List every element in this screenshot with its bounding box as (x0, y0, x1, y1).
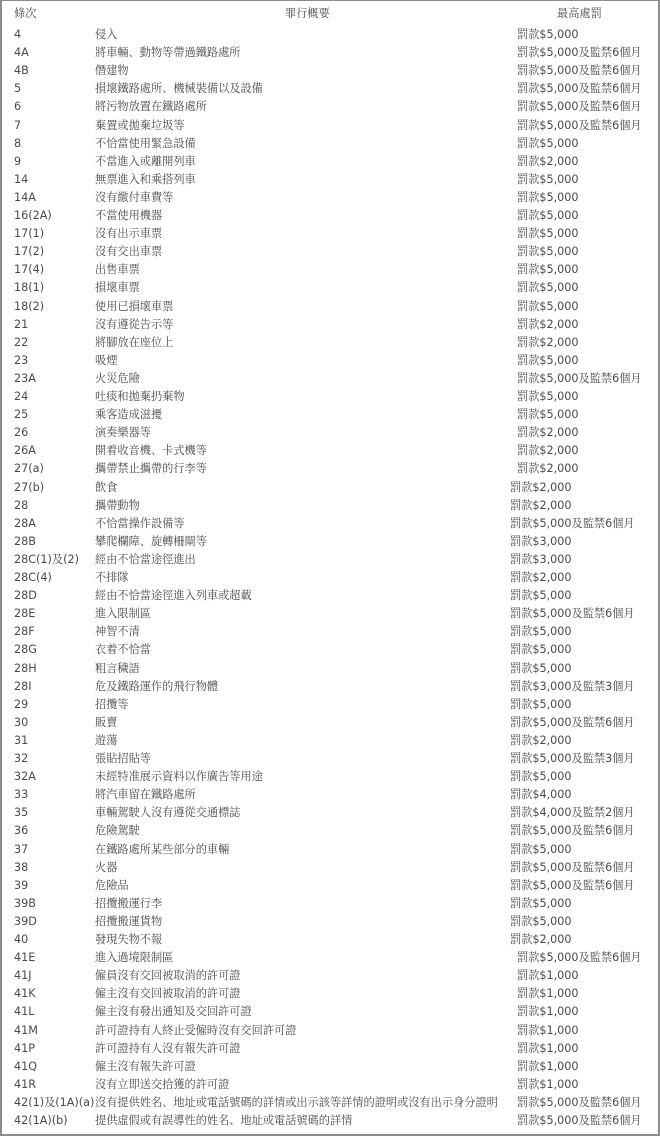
offence-cell: 危險品 (95, 877, 129, 895)
table-row: 36危險駕駛罰款$5,000及監禁6個月 (2, 822, 658, 840)
penalty-cell: 罰款$1,000 (517, 1076, 579, 1094)
table-header: 條次 罪行概要 最高處罰 (2, 5, 658, 23)
penalty-cell: 罰款$1,000 (517, 1058, 579, 1076)
table-row: 32A未經特准展示資料以作廣告等用途罰款$5,000 (2, 768, 658, 786)
penalty-cell: 罰款$2,000 (517, 316, 579, 334)
offence-cell: 在鐵路處所某些部分的車輛 (95, 841, 229, 859)
penalty-cell: 罰款$5,000 (517, 261, 579, 279)
table-row: 28C(4)不排隊罰款$2,000 (2, 569, 658, 587)
table-row: 40發現失物不報罰款$2,000 (2, 931, 658, 949)
penalty-cell: 罰款$5,000 (517, 225, 579, 243)
section-cell: 4B (14, 62, 29, 80)
table-row: 26A開着收音機、卡式機等罰款$2,000 (2, 442, 658, 460)
section-cell: 40 (14, 931, 28, 949)
section-cell: 17(1) (14, 225, 44, 243)
table-row: 28G衣着不恰當罰款$5,000 (2, 641, 658, 659)
offence-cell: 不當使用機器 (95, 207, 162, 225)
offence-cell: 攀爬欄障、旋轉柵閘等 (95, 533, 207, 551)
section-cell: 28G (14, 641, 37, 659)
offence-cell: 沒有提供姓名、地址或電話號碼的詳情或出示該等詳情的證明或沒有出示身分證明 (95, 1094, 498, 1112)
section-cell: 28 (14, 497, 28, 515)
section-cell: 18(1) (14, 279, 44, 297)
offence-cell: 出售車票 (95, 261, 140, 279)
offence-cell: 沒有繳付車費等 (95, 189, 173, 207)
offence-cell: 損壞車票 (95, 279, 140, 297)
table-row: 21沒有遵從告示等罰款$2,000 (2, 316, 658, 334)
table-row: 42(1)及(1A)(a)沒有提供姓名、地址或電話號碼的詳情或出示該等詳情的證明… (2, 1094, 658, 1112)
penalty-cell: 罰款$5,000 (517, 406, 579, 424)
table-row: 38火器罰款$5,000及監禁6個月 (2, 859, 658, 877)
offence-cell: 粗言穢語 (95, 660, 140, 678)
penalty-cell: 罰款$5,000 (510, 913, 572, 931)
section-cell: 9 (14, 153, 21, 171)
section-cell: 41E (14, 949, 35, 967)
table-row: 8不恰當使用緊急設備罰款$5,000 (2, 135, 658, 153)
table-row: 22將腳放在座位上罰款$2,000 (2, 334, 658, 352)
penalty-cell: 罰款$5,000 (517, 189, 579, 207)
section-cell: 27(a) (14, 460, 44, 478)
section-cell: 25 (14, 406, 28, 424)
penalty-cell: 罰款$1,000 (517, 1040, 579, 1058)
offence-cell: 乘客造成滋擾 (95, 406, 162, 424)
table-row: 28C(1)及(2)經由不恰當途徑進出罰款$3,000 (2, 551, 658, 569)
table-row: 4B僭建物罰款$5,000及監禁6個月 (2, 62, 658, 80)
penalty-cell: 罰款$5,000及監禁6個月 (510, 822, 635, 840)
penalty-cell: 罰款$5,000 (517, 135, 579, 153)
penalty-cell: 罰款$3,000 (510, 551, 572, 569)
section-cell: 30 (14, 714, 28, 732)
table-row: 18(2)使用已損壞車票罰款$5,000 (2, 298, 658, 316)
offence-cell: 火災危險 (95, 370, 140, 388)
penalty-cell: 罰款$5,000 (517, 388, 579, 406)
section-cell: 17(4) (14, 261, 44, 279)
table-row: 33將汽車留在鐵路處所罰款$4,000 (2, 786, 658, 804)
header-offence: 罪行概要 (285, 5, 330, 23)
section-cell: 23 (14, 352, 28, 370)
table-row: 41J僱員沒有交回被取消的許可證罰款$1,000 (2, 967, 658, 985)
penalty-cell: 罰款$5,000及監禁6個月 (517, 1094, 642, 1112)
offence-cell: 火器 (95, 859, 117, 877)
penalty-cell: 罰款$3,000 (510, 533, 572, 551)
penalty-cell: 罰款$5,000及監禁6個月 (517, 62, 642, 80)
section-cell: 32 (14, 750, 28, 768)
penalty-cell: 罰款$2,000 (517, 424, 579, 442)
penalty-cell: 罰款$5,000 (517, 171, 579, 189)
header-section: 條次 (14, 5, 36, 23)
offence-cell: 攜帶禁止攜帶的行李等 (95, 460, 207, 478)
section-cell: 17(2) (14, 243, 44, 261)
offence-cell: 經由不恰當途徑進出 (95, 551, 196, 569)
penalty-cell: 罰款$2,000 (510, 931, 572, 949)
section-cell: 18(2) (14, 298, 44, 316)
offence-cell: 招攬等 (95, 696, 129, 714)
section-cell: 28H (14, 660, 37, 678)
offence-cell: 沒有交出車票 (95, 243, 162, 261)
penalty-cell: 罰款$5,000 (517, 26, 579, 44)
table-row: 32張貼招貼等罰款$5,000及監禁3個月 (2, 750, 658, 768)
offence-cell: 經由不恰當途徑進入列車或超載 (95, 587, 252, 605)
table-row: 28H粗言穢語罰款$5,000 (2, 660, 658, 678)
section-cell: 41Q (14, 1058, 37, 1076)
penalty-cell: 罰款$5,000 (510, 623, 572, 641)
table-row: 17(4)出售車票罰款$5,000 (2, 261, 658, 279)
table-row: 17(1)沒有出示車票罰款$5,000 (2, 225, 658, 243)
penalty-cell: 罰款$5,000及監禁6個月 (517, 370, 642, 388)
penalty-cell: 罰款$2,000 (510, 732, 572, 750)
section-cell: 29 (14, 696, 28, 714)
penalty-cell: 罰款$4,000 (510, 786, 572, 804)
section-cell: 4A (14, 44, 29, 62)
table-row: 41R沒有立即送交拾獲的許可證罰款$1,000 (2, 1076, 658, 1094)
offence-cell: 發現失物不報 (95, 931, 162, 949)
section-cell: 38 (14, 859, 28, 877)
offence-cell: 沒有立即送交拾獲的許可證 (95, 1076, 229, 1094)
table-row: 28B攀爬欄障、旋轉柵閘等罰款$3,000 (2, 533, 658, 551)
section-cell: 28F (14, 623, 35, 641)
penalty-cell: 罰款$5,000及監禁6個月 (510, 877, 635, 895)
penalty-cell: 罰款$5,000 (510, 895, 572, 913)
penalty-cell: 罰款$2,000 (517, 153, 579, 171)
section-cell: 39 (14, 877, 28, 895)
offence-cell: 張貼招貼等 (95, 750, 151, 768)
table-row: 29招攬等罰款$5,000 (2, 696, 658, 714)
section-cell: 26A (14, 442, 36, 460)
offence-cell: 不恰當操作設備等 (95, 515, 185, 533)
offence-cell: 車輛駕駛人沒有遵從交通標誌 (95, 804, 240, 822)
table-row: 23吸煙罰款$5,000 (2, 352, 658, 370)
section-cell: 4 (14, 26, 21, 44)
offence-table: 條次 罪行概要 最高處罰 4侵入罰款$5,0004A將車輛、動物等帶過鐵路處所罰… (0, 0, 660, 1136)
table-row: 27(b)飲食罰款$2,000 (2, 479, 658, 497)
offence-cell: 招攬搬運貨物 (95, 913, 162, 931)
section-cell: 35 (14, 804, 28, 822)
penalty-cell: 罰款$5,000及監禁6個月 (517, 44, 642, 62)
table-row: 28攜帶動物罰款$2,000 (2, 497, 658, 515)
offence-cell: 未經特准展示資料以作廣告等用途 (95, 768, 263, 786)
offence-cell: 許可證持有人沒有報失許可證 (95, 1040, 240, 1058)
penalty-cell: 罰款$1,000 (517, 985, 579, 1003)
table-row: 31遊蕩罰款$2,000 (2, 732, 658, 750)
table-row: 27(a)攜帶禁止攜帶的行李等罰款$2,000 (2, 460, 658, 478)
table-row: 16(2A)不當使用機器罰款$5,000 (2, 207, 658, 225)
section-cell: 42(1)及(1A)(a) (14, 1094, 94, 1112)
table-row: 41E進入過境限制區罰款$5,000及監禁6個月 (2, 949, 658, 967)
penalty-cell: 罰款$5,000及監禁6個月 (517, 1112, 642, 1130)
table-row: 4侵入罰款$5,000 (2, 26, 658, 44)
table-row: 37在鐵路處所某些部分的車輛罰款$5,000 (2, 841, 658, 859)
penalty-cell: 罰款$5,000及監禁6個月 (517, 98, 642, 116)
offence-cell: 不恰當使用緊急設備 (95, 135, 196, 153)
section-cell: 39D (14, 913, 37, 931)
offence-cell: 招攬搬運行李 (95, 895, 162, 913)
penalty-cell: 罰款$5,000及監禁6個月 (510, 859, 635, 877)
table-row: 17(2)沒有交出車票罰款$5,000 (2, 243, 658, 261)
offence-cell: 攜帶動物 (95, 497, 140, 515)
penalty-cell: 罰款$5,000 (510, 587, 572, 605)
section-cell: 41J (14, 967, 32, 985)
section-cell: 32A (14, 768, 36, 786)
section-cell: 28A (14, 515, 36, 533)
section-cell: 36 (14, 822, 28, 840)
section-cell: 41M (14, 1022, 38, 1040)
section-cell: 22 (14, 334, 28, 352)
offence-cell: 使用已損壞車票 (95, 298, 173, 316)
section-cell: 28B (14, 533, 36, 551)
offence-cell: 提供虛假或有誤導性的姓名、地址或電話號碼的詳情 (95, 1112, 352, 1130)
header-penalty: 最高處罰 (557, 5, 602, 23)
offence-cell: 將污物放置在鐵路處所 (95, 98, 207, 116)
penalty-cell: 罰款$2,000 (517, 334, 579, 352)
section-cell: 6 (14, 98, 21, 116)
table-row: 14無票進入和乘搭列車罰款$5,000 (2, 171, 658, 189)
offence-cell: 損壞鐵路處所、機械裝備以及設備 (95, 80, 263, 98)
offence-cell: 僱主沒有報失許可證 (95, 1058, 196, 1076)
section-cell: 23A (14, 370, 36, 388)
penalty-cell: 罰款$5,000 (517, 298, 579, 316)
section-cell: 14 (14, 171, 28, 189)
penalty-cell: 罰款$2,000 (517, 460, 579, 478)
table-row: 7棄置或拋棄垃圾等罰款$5,000及監禁6個月 (2, 117, 658, 135)
table-row: 28A不恰當操作設備等罰款$5,000及監禁6個月 (2, 515, 658, 533)
table-row: 39D招攬搬運貨物罰款$5,000 (2, 913, 658, 931)
section-cell: 21 (14, 316, 28, 334)
penalty-cell: 罰款$5,000及監禁6個月 (510, 714, 635, 732)
offence-cell: 飲食 (95, 479, 117, 497)
section-cell: 28C(4) (14, 569, 52, 587)
offence-cell: 將汽車留在鐵路處所 (95, 786, 196, 804)
offence-cell: 不排隊 (95, 569, 129, 587)
table-row: 6將污物放置在鐵路處所罰款$5,000及監禁6個月 (2, 98, 658, 116)
offence-cell: 沒有出示車票 (95, 225, 162, 243)
penalty-cell: 罰款$4,000及監禁2個月 (510, 804, 635, 822)
table-row: 28I危及鐵路運作的飛行物體罰款$3,000及監禁3個月 (2, 678, 658, 696)
table-row: 30販賣罰款$5,000及監禁6個月 (2, 714, 658, 732)
penalty-cell: 罰款$5,000 (517, 207, 579, 225)
table-row: 14A沒有繳付車費等罰款$5,000 (2, 189, 658, 207)
offence-cell: 進入過境限制區 (95, 949, 173, 967)
table-row: 28E進入限制區罰款$5,000及監禁6個月 (2, 605, 658, 623)
penalty-cell: 罰款$1,000 (517, 1003, 579, 1021)
table-row: 39B招攬搬運行李罰款$5,000 (2, 895, 658, 913)
section-cell: 28D (14, 587, 37, 605)
table-row: 35車輛駕駛人沒有遵從交通標誌罰款$4,000及監禁2個月 (2, 804, 658, 822)
table-row: 41M許可證持有人終止受僱時沒有交回許可證罰款$1,000 (2, 1022, 658, 1040)
penalty-cell: 罰款$5,000 (510, 841, 572, 859)
section-cell: 28C(1)及(2) (14, 551, 79, 569)
section-cell: 41P (14, 1040, 35, 1058)
penalty-cell: 罰款$2,000 (510, 479, 572, 497)
section-cell: 16(2A) (14, 207, 52, 225)
section-cell: 41L (14, 1003, 34, 1021)
offence-cell: 吸煙 (95, 352, 117, 370)
offence-cell: 僭建物 (95, 62, 129, 80)
penalty-cell: 罰款$5,000及監禁6個月 (517, 949, 642, 967)
section-cell: 26 (14, 424, 28, 442)
section-cell: 27(b) (14, 479, 44, 497)
penalty-cell: 罰款$2,000 (510, 569, 572, 587)
offence-cell: 無票進入和乘搭列車 (95, 171, 196, 189)
offence-cell: 將車輛、動物等帶過鐵路處所 (95, 44, 240, 62)
section-cell: 28E (14, 605, 35, 623)
table-row: 41P許可證持有人沒有報失許可證罰款$1,000 (2, 1040, 658, 1058)
offence-cell: 危及鐵路運作的飛行物體 (95, 678, 218, 696)
penalty-cell: 罰款$5,000及監禁3個月 (510, 750, 635, 768)
offence-cell: 演奏樂器等 (95, 424, 151, 442)
table-row: 41L僱主沒有發出通知及交回許可證罰款$1,000 (2, 1003, 658, 1021)
penalty-cell: 罰款$5,000 (517, 243, 579, 261)
penalty-cell: 罰款$1,000 (517, 967, 579, 985)
section-cell: 39B (14, 895, 36, 913)
offence-cell: 販賣 (95, 714, 117, 732)
offence-cell: 不當進入或離開列車 (95, 153, 196, 171)
offence-cell: 僱員沒有交回被取消的許可證 (95, 967, 240, 985)
penalty-cell: 罰款$5,000 (510, 696, 572, 714)
section-cell: 37 (14, 841, 28, 859)
table-row: 39危險品罰款$5,000及監禁6個月 (2, 877, 658, 895)
table-row: 9不當進入或離開列車罰款$2,000 (2, 153, 658, 171)
offence-cell: 危險駕駛 (95, 822, 140, 840)
offence-cell: 衣着不恰當 (95, 641, 151, 659)
table-row: 28D經由不恰當途徑進入列車或超載罰款$5,000 (2, 587, 658, 605)
section-cell: 14A (14, 189, 36, 207)
offence-cell: 僱主沒有交回被取消的許可證 (95, 985, 240, 1003)
table-row: 26演奏樂器等罰款$2,000 (2, 424, 658, 442)
penalty-cell: 罰款$5,000及監禁6個月 (517, 80, 642, 98)
section-cell: 5 (14, 80, 21, 98)
penalty-cell: 罰款$5,000及監禁6個月 (510, 605, 635, 623)
offence-cell: 侵入 (95, 26, 117, 44)
penalty-cell: 罰款$5,000 (510, 660, 572, 678)
penalty-cell: 罰款$1,000 (517, 1022, 579, 1040)
table-row: 23A火災危險罰款$5,000及監禁6個月 (2, 370, 658, 388)
table-row: 42(1A)(b)提供虛假或有誤導性的姓名、地址或電話號碼的詳情罰款$5,000… (2, 1112, 658, 1130)
penalty-cell: 罰款$5,000 (517, 279, 579, 297)
table-row: 41Q僱主沒有報失許可證罰款$1,000 (2, 1058, 658, 1076)
offence-cell: 棄置或拋棄垃圾等 (95, 117, 185, 135)
offence-cell: 吐痰和拋棄扔棄物 (95, 388, 185, 406)
section-cell: 31 (14, 732, 28, 750)
offence-cell: 開着收音機、卡式機等 (95, 442, 207, 460)
penalty-cell: 罰款$5,000及監禁6個月 (517, 117, 642, 135)
section-cell: 7 (14, 117, 21, 135)
penalty-cell: 罰款$2,000 (517, 442, 579, 460)
penalty-cell: 罰款$3,000及監禁3個月 (510, 678, 635, 696)
table-row: 41K僱主沒有交回被取消的許可證罰款$1,000 (2, 985, 658, 1003)
table-row: 24吐痰和拋棄扔棄物罰款$5,000 (2, 388, 658, 406)
penalty-cell: 罰款$5,000及監禁6個月 (510, 515, 635, 533)
offence-cell: 將腳放在座位上 (95, 334, 173, 352)
table-row: 28F神智不清罰款$5,000 (2, 623, 658, 641)
section-cell: 41R (14, 1076, 36, 1094)
section-cell: 42(1A)(b) (14, 1112, 68, 1130)
section-cell: 33 (14, 786, 28, 804)
table-row: 5損壞鐵路處所、機械裝備以及設備罰款$5,000及監禁6個月 (2, 80, 658, 98)
table-row: 4A將車輛、動物等帶過鐵路處所罰款$5,000及監禁6個月 (2, 44, 658, 62)
section-cell: 24 (14, 388, 28, 406)
offence-cell: 許可證持有人終止受僱時沒有交回許可證 (95, 1022, 296, 1040)
offence-cell: 遊蕩 (95, 732, 117, 750)
penalty-cell: 罰款$5,000 (510, 768, 572, 786)
offence-cell: 神智不清 (95, 623, 140, 641)
offence-cell: 沒有遵從告示等 (95, 316, 173, 334)
section-cell: 28I (14, 678, 32, 696)
penalty-cell: 罰款$5,000 (517, 352, 579, 370)
penalty-cell: 罰款$2,000 (510, 497, 572, 515)
table-row: 25乘客造成滋擾罰款$5,000 (2, 406, 658, 424)
table-row: 18(1)損壞車票罰款$5,000 (2, 279, 658, 297)
offence-cell: 進入限制區 (95, 605, 151, 623)
offence-cell: 僱主沒有發出通知及交回許可證 (95, 1003, 252, 1021)
section-cell: 41K (14, 985, 36, 1003)
section-cell: 8 (14, 135, 21, 153)
penalty-cell: 罰款$5,000 (510, 641, 572, 659)
